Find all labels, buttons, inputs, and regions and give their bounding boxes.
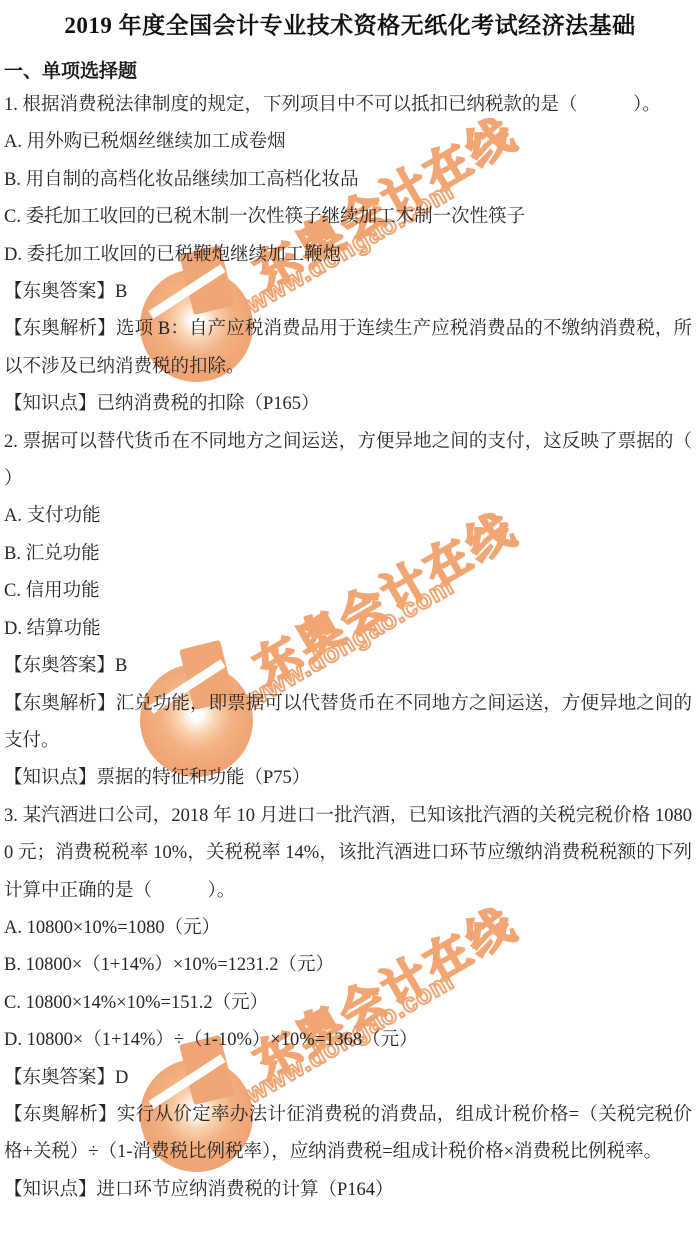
analysis-line: 【东奥解析】选项 B：自产应税消费品用于连续生产应税消费品的不缴纳消费税，所以不…: [4, 311, 692, 386]
analysis-line: 【东奥解析】实行从价定率办法计征消费税的消费品，组成计税价格=（关税完税价格+关…: [4, 1097, 692, 1172]
question-block-2: 2. 票据可以替代货币在不同地方之间运送，方便异地之间的支付，这反映了票据的（ …: [4, 424, 692, 798]
option-d: D. 10800×（1+14%）÷（1-10%）×10%=1368（元）: [4, 1022, 692, 1059]
answer-line: 【东奥答案】D: [4, 1060, 692, 1097]
section-heading: 一、单项选择题: [4, 56, 137, 83]
option-b: B. 汇兑功能: [4, 536, 692, 573]
document-page: 东奥会计在线 www.dongao.com 东奥会计在线 www.dongao.…: [0, 0, 700, 1245]
question-block-1: 1. 根据消费税法律制度的规定，下列项目中不可以抵扣已纳税款的是（ ）。 A. …: [4, 87, 692, 424]
option-a: A. 用外购已税烟丝继续加工成卷烟: [4, 124, 692, 161]
analysis-line: 【东奥解析】汇兑功能，即票据可以代替货币在不同地方之间运送，方便异地之间的支付。: [4, 686, 692, 761]
question-stem: 1. 根据消费税法律制度的规定，下列项目中不可以抵扣已纳税款的是（ ）。: [4, 87, 692, 124]
option-c: C. 委托加工收回的已税木制一次性筷子继续加工木制一次性筷子: [4, 199, 692, 236]
option-b: B. 10800×（1+14%）×10%=1231.2（元）: [4, 947, 692, 984]
option-c: C. 信用功能: [4, 573, 692, 610]
option-b: B. 用自制的高档化妆品继续加工高档化妆品: [4, 162, 692, 199]
option-a: A. 10800×10%=1080（元）: [4, 910, 692, 947]
knowledge-point-line: 【知识点】进口环节应纳消费税的计算（P164）: [4, 1172, 692, 1209]
question-stem: 3. 某汽酒进口公司，2018 年 10 月进口一批汽酒，已知该批汽酒的关税完税…: [4, 798, 692, 910]
document-body: 1. 根据消费税法律制度的规定，下列项目中不可以抵扣已纳税款的是（ ）。 A. …: [4, 87, 692, 1209]
answer-line: 【东奥答案】B: [4, 648, 692, 685]
question-block-3: 3. 某汽酒进口公司，2018 年 10 月进口一批汽酒，已知该批汽酒的关税完税…: [4, 798, 692, 1209]
option-a: A. 支付功能: [4, 498, 692, 535]
knowledge-point-line: 【知识点】票据的特征和功能（P75）: [4, 760, 692, 797]
knowledge-point-line: 【知识点】已纳消费税的扣除（P165）: [4, 386, 692, 423]
answer-line: 【东奥答案】B: [4, 274, 692, 311]
option-d: D. 结算功能: [4, 611, 692, 648]
option-c: C. 10800×14%×10%=151.2（元）: [4, 985, 692, 1022]
question-stem: 2. 票据可以替代货币在不同地方之间运送，方便异地之间的支付，这反映了票据的（ …: [4, 424, 692, 499]
page-title: 2019 年度全国会计专业技术资格无纸化考试经济法基础: [0, 7, 700, 40]
option-d: D. 委托加工收回的已税鞭炮继续加工鞭炮: [4, 237, 692, 274]
